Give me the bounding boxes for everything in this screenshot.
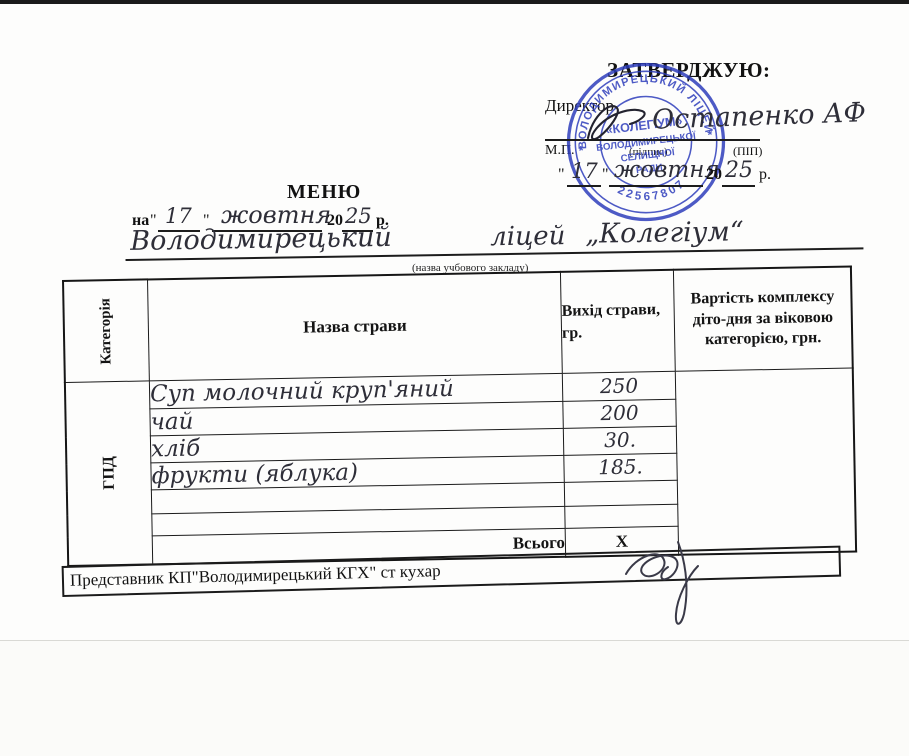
school-name-word1: Володимирецький [130, 222, 392, 257]
output-text: 185. [598, 454, 643, 479]
output-text: 30. [604, 428, 636, 453]
cost-header-cell: Вартість комплексу діто-дня за віковою к… [673, 267, 852, 372]
dish-text: Суп молочний круп'яний [150, 376, 454, 408]
approval-date-month: жовтня [614, 157, 720, 183]
approval-date-quote-open: " [558, 166, 565, 184]
approval-date-year: 25 [725, 158, 753, 183]
output-cell: 185. [564, 453, 677, 482]
category-header-label: Категорія [97, 298, 115, 365]
output-cell: 250 [562, 371, 675, 401]
approval-date-quote-close: " [602, 166, 609, 184]
output-cell [565, 504, 678, 528]
menu-table-wrapper: Категорія Назва страви Вихід страви, гр.… [62, 266, 857, 567]
output-cell [564, 480, 677, 506]
approval-date-day: 17 [571, 159, 598, 183]
cook-signature-icon [618, 536, 738, 636]
dish-text: чай [150, 408, 193, 435]
scanned-menu-document: ЗАТВЕРДЖУЮ: Директор ВОЛОДИМИРЕЦЬКИЙ ЛІЦ… [0, 0, 909, 756]
output-cell: 200 [563, 399, 676, 428]
approval-year-underline [722, 185, 755, 187]
signature-line [545, 139, 760, 141]
dish-text: фрукти (яблука) [151, 459, 358, 489]
category-header-cell: Категорія [63, 279, 149, 382]
scan-top-edge-artifact [0, 0, 909, 4]
output-header-cell: Вихід страви, гр. [560, 270, 675, 374]
menu-table: Категорія Назва страви Вихід страви, гр.… [62, 266, 857, 567]
output-text: 250 [600, 373, 639, 398]
school-name-word2: ліцей [490, 221, 566, 252]
cost-value-cell [675, 368, 856, 555]
dish-text: хліб [151, 435, 200, 462]
output-cell: 30. [563, 426, 676, 455]
director-signature-name: Остапенко АФ [652, 97, 867, 135]
approval-month-underline [609, 185, 703, 187]
table-header-row: Категорія Назва страви Вихід страви, гр.… [63, 267, 853, 383]
category-value-label: ГПД [100, 456, 119, 490]
name-caption: (ПІП) [733, 144, 762, 159]
scanner-background [0, 641, 909, 756]
output-text: 200 [600, 400, 639, 425]
approval-date-century: 20 [706, 166, 722, 184]
approval-date-suffix: р. [759, 166, 771, 184]
dish-header-cell: Назва страви [148, 272, 563, 381]
approval-day-underline [567, 185, 601, 187]
category-value-cell: ГПД [65, 381, 153, 566]
